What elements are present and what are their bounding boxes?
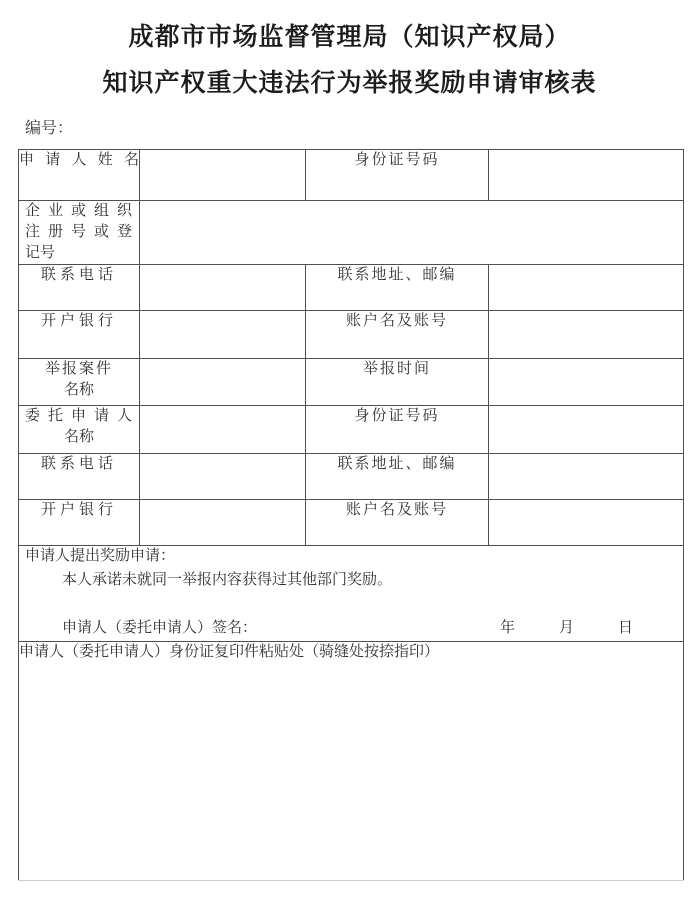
declaration-cell: 申请人提出奖励申请： 本人承诺未就同一举报内容获得过其他部门奖励。 申请人（委托… — [19, 546, 684, 642]
label-case-name-line2: 名称 — [19, 380, 139, 401]
label-account-name-number: 账户名及账号 — [306, 311, 489, 359]
field-report-time[interactable] — [489, 359, 684, 406]
declaration-promise: 本人承诺未就同一举报内容获得过其他部门奖励。 — [19, 570, 683, 590]
label-applicant-name: 申请人姓名 — [19, 150, 140, 201]
field-bank[interactable] — [140, 311, 306, 359]
declaration-heading: 申请人提出奖励申请： — [19, 546, 683, 566]
table-row-applicant-contact: 联系电话 联系地址、邮编 — [19, 265, 684, 311]
field-agent-bank[interactable] — [140, 500, 306, 546]
table-row-agent-bank: 开户银行 账户名及账号 — [19, 500, 684, 546]
serial-number-row: 编号： — [25, 115, 699, 140]
label-agent-name: 委托申请人 名称 — [19, 406, 140, 454]
label-bank: 开户银行 — [19, 311, 140, 359]
label-org-registration-line1: 企业或组织 — [19, 201, 139, 222]
field-contact-address-postcode[interactable] — [489, 265, 684, 311]
signature-field[interactable] — [257, 614, 500, 632]
label-case-name-line1: 举报案件 — [19, 359, 139, 380]
label-contact-phone: 联系电话 — [19, 265, 140, 311]
label-agent-bank: 开户银行 — [19, 500, 140, 546]
table-row-id-paste-area: 申请人（委托申请人）身份证复印件粘贴处（骑缝处按捺指印） — [19, 642, 684, 881]
table-row-declaration: 申请人提出奖励申请： 本人承诺未就同一举报内容获得过其他部门奖励。 申请人（委托… — [19, 546, 684, 642]
field-contact-phone[interactable] — [140, 265, 306, 311]
label-org-registration-line3: 记号 — [19, 243, 139, 264]
id-copy-paste-area[interactable]: 申请人（委托申请人）身份证复印件粘贴处（骑缝处按捺指印） — [19, 642, 684, 881]
field-agent-name[interactable] — [140, 406, 306, 454]
date-day-label: 日 — [618, 618, 633, 638]
id-copy-paste-area-label: 申请人（委托申请人）身份证复印件粘贴处（骑缝处按捺指印） — [19, 642, 683, 663]
label-org-registration-number: 企业或组织 注册号或登 记号 — [19, 201, 140, 265]
field-account-name-number[interactable] — [489, 311, 684, 359]
table-row-org-registration: 企业或组织 注册号或登 记号 — [19, 201, 684, 265]
label-agent-name-line2: 名称 — [19, 427, 139, 448]
field-agent-contact-phone[interactable] — [140, 454, 306, 500]
signature-label: 申请人（委托申请人）签名： — [62, 618, 257, 638]
org-title: 成都市市场监督管理局（知识产权局） — [0, 22, 699, 52]
field-agent-contact-address-postcode[interactable] — [489, 454, 684, 500]
field-agent-id-number[interactable] — [489, 406, 684, 454]
label-case-name: 举报案件 名称 — [19, 359, 140, 406]
form-title: 知识产权重大违法行为举报奖励申请审核表 — [0, 68, 699, 98]
table-row-applicant-name: 申请人姓名 身份证号码 — [19, 150, 684, 201]
date-month-label: 月 — [559, 618, 574, 638]
label-report-time: 举报时间 — [306, 359, 489, 406]
label-org-registration-line2: 注册号或登 — [19, 222, 139, 243]
form-page: 成都市市场监督管理局（知识产权局） 知识产权重大违法行为举报奖励申请审核表 编号… — [0, 0, 699, 900]
field-org-registration-number[interactable] — [140, 201, 684, 265]
table-row-agent: 委托申请人 名称 身份证号码 — [19, 406, 684, 454]
signature-line: 申请人（委托申请人）签名： 年 月 日 — [19, 614, 683, 638]
table-row-agent-contact: 联系电话 联系地址、邮编 — [19, 454, 684, 500]
date-group: 年 月 日 — [500, 618, 633, 638]
date-year-label: 年 — [500, 618, 515, 638]
field-agent-account-name-number[interactable] — [489, 500, 684, 546]
field-applicant-name[interactable] — [140, 150, 306, 201]
label-agent-contact-address-postcode: 联系地址、邮编 — [306, 454, 489, 500]
table-row-case: 举报案件 名称 举报时间 — [19, 359, 684, 406]
label-contact-address-postcode: 联系地址、邮编 — [306, 265, 489, 311]
label-agent-name-line1: 委托申请人 — [19, 406, 139, 427]
table-row-applicant-bank: 开户银行 账户名及账号 — [19, 311, 684, 359]
field-case-name[interactable] — [140, 359, 306, 406]
serial-number-field[interactable] — [73, 115, 193, 133]
application-form-table: 申请人姓名 身份证号码 企业或组织 注册号或登 记号 联系电话 联系地址、邮编 … — [18, 149, 684, 881]
label-agent-id-number: 身份证号码 — [306, 406, 489, 454]
field-applicant-id-number[interactable] — [489, 150, 684, 201]
serial-number-label: 编号： — [25, 118, 73, 140]
label-agent-account-name-number: 账户名及账号 — [306, 500, 489, 546]
label-agent-contact-phone: 联系电话 — [19, 454, 140, 500]
label-applicant-id-number: 身份证号码 — [306, 150, 489, 201]
